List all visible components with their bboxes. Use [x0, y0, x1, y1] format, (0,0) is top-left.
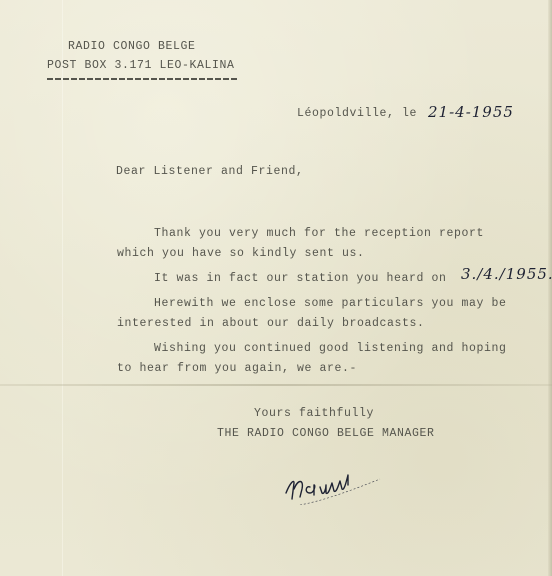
signatory-title: THE RADIO CONGO BELGE MANAGER — [217, 427, 435, 440]
body-handwritten-heard-date: 3./4./1955. — [461, 265, 552, 283]
body-paragraph-1-line-2: which you have so kindly sent us. — [117, 247, 365, 260]
signature-icon — [280, 465, 400, 505]
body-paragraph-3-line-1: Herewith we enclose some particulars you… — [154, 297, 507, 310]
body-paragraph-3-line-2: interested in about our daily broadcasts… — [117, 317, 425, 330]
paper-fold-vertical — [62, 0, 63, 576]
body-paragraph-2-text: It was in fact our station you heard on — [154, 272, 447, 285]
valediction: Yours faithfully — [254, 407, 374, 420]
letterhead-underline — [47, 78, 237, 80]
paper-fold-horizontal — [0, 384, 552, 386]
dateline-place: Léopoldville, le — [297, 107, 417, 120]
paper-edge — [548, 0, 552, 576]
salutation: Dear Listener and Friend, — [116, 165, 304, 178]
body-paragraph-1-line-1: Thank you very much for the reception re… — [154, 227, 484, 240]
body-paragraph-4-line-2: to hear from you again, we are.- — [117, 362, 357, 375]
letterhead-address: POST BOX 3.171 LEO-KALINA — [47, 59, 235, 72]
letter-page: RADIO CONGO BELGE POST BOX 3.171 LEO-KAL… — [0, 0, 552, 576]
dateline-handwritten-date: 21-4-1955 — [428, 103, 514, 121]
letterhead-station-name: RADIO CONGO BELGE — [68, 40, 196, 53]
body-paragraph-4-line-1: Wishing you continued good listening and… — [154, 342, 507, 355]
